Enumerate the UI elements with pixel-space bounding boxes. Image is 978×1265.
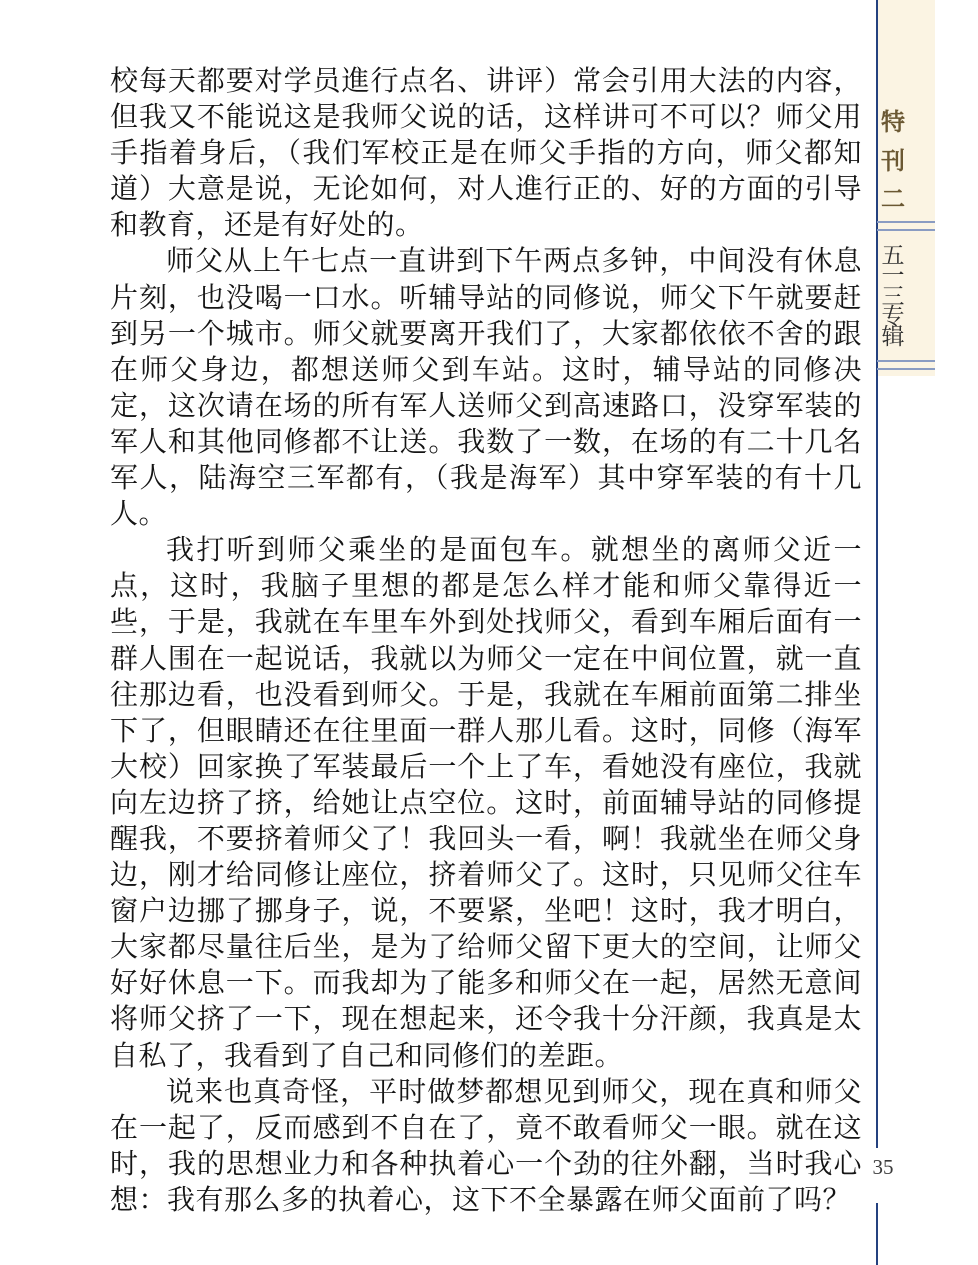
paragraph-1: 校每天都要对学员進行点名、讲评）常会引用大法的内容，但我又不能说这是我师父说的话…	[110, 64, 862, 244]
sidebar-divider-bottom	[877, 360, 935, 370]
volume-char: 刊	[881, 150, 905, 174]
sidebar-vertical-rule-upper	[876, 0, 878, 1148]
paragraph-4: 说来也真奇怪，平时做梦都想见到师父，现在真和师父在一起了，反而感到不自在了，竟不…	[110, 1075, 862, 1219]
volume-char: 二	[881, 188, 905, 212]
section-char: 辑	[882, 327, 905, 347]
volume-char: 特	[881, 111, 905, 135]
sidebar-vertical-rule-lower	[876, 1203, 878, 1265]
paragraph-2: 师父从上午七点一直讲到下午两点多钟，中间没有休息片刻，也没喝一口水。听辅导站的同…	[110, 244, 862, 533]
sidebar-section-label: 五 一 三 专 辑	[879, 246, 907, 347]
body-text: 校每天都要对学员進行点名、讲评）常会引用大法的内容，但我又不能说这是我师父说的话…	[110, 64, 862, 1219]
sidebar-divider-top	[877, 221, 935, 231]
page-number: 35	[866, 1155, 900, 1180]
book-page: 校每天都要对学员進行点名、讲评）常会引用大法的内容，但我又不能说这是我师父说的话…	[0, 0, 978, 1265]
paragraph-3: 我打听到师父乘坐的是面包车。就想坐的离师父近一点，这时，我脑子里想的都是怎么样才…	[110, 533, 862, 1074]
sidebar-volume-label: 特 刊 二	[879, 111, 907, 212]
